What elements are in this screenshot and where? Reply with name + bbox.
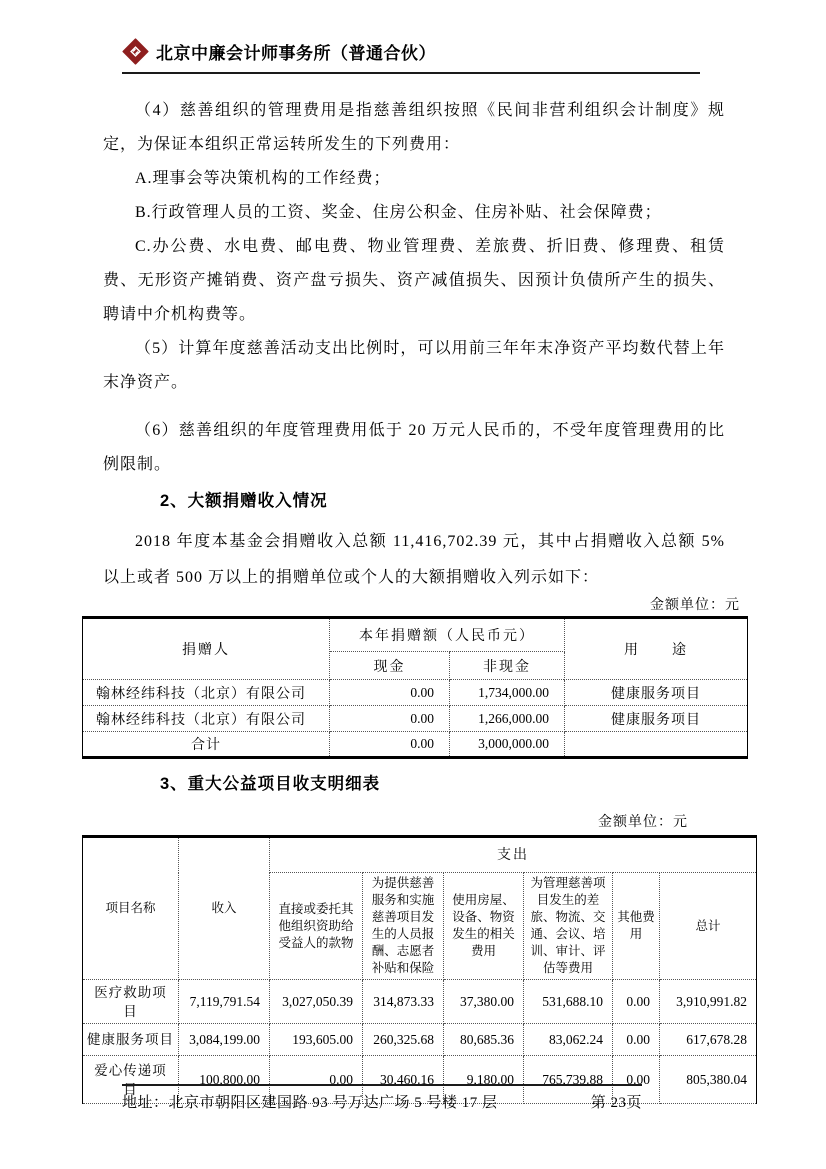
- paragraph-item-5: （5）计算年度慈善活动支出比例时，可以用前三年年末净资产平均数代替上年末净资产。: [103, 332, 725, 400]
- section-2-intro: 2018 年度本基金会捐赠收入总额 11,416,702.39 元，其中占捐赠收…: [103, 524, 725, 596]
- col-header-purpose: 用 途: [565, 618, 748, 680]
- cell-total: 805,380.04: [660, 1056, 757, 1104]
- table-row: 医疗救助项目 7,119,791.54 3,027,050.39 314,873…: [83, 980, 757, 1024]
- section-3-table-area: 金额单位：元 项目名称 收入 支出 直接或委托其他组织资助给受益人的款物 为提供…: [82, 813, 756, 1104]
- paragraph-item-4: （4）慈善组织的管理费用是指慈善组织按照《民间非营利组织会计制度》规定，为保证本…: [103, 94, 725, 162]
- col-header-noncash: 非现金: [450, 652, 565, 680]
- cell-cash: 0.00: [330, 680, 450, 706]
- cell-noncash: 1,266,000.00: [450, 706, 565, 732]
- section-2-heading: 2、大额捐赠收入情况: [103, 484, 725, 518]
- table-header-row: 捐赠人 本年捐赠额（人民币元） 用 途: [83, 618, 748, 652]
- document-page: 北京中廉会计师事务所（普通合伙） （4）慈善组织的管理费用是指慈善组织按照《民间…: [0, 0, 826, 1169]
- cell-property: 37,380.00: [444, 980, 524, 1024]
- section-3-heading: 3、重大公益项目收支明细表: [103, 767, 725, 801]
- col-header-total: 总计: [660, 873, 757, 980]
- cell-project: 医疗救助项目: [83, 980, 179, 1024]
- cell-admin: 531,688.10: [524, 980, 613, 1024]
- col-header-cash: 现金: [330, 652, 450, 680]
- paragraph-item-6: （6）慈善组织的年度管理费用低于 20 万元人民币的，不受年度管理费用的比例限制…: [103, 414, 725, 482]
- cell-purpose: 健康服务项目: [565, 706, 748, 732]
- section-2-table-area: 金额单位：元 捐赠人 本年捐赠额（人民币元） 用 途 现金 非现金 翰林经纬科技…: [82, 596, 756, 759]
- unit-label-table-1: 金额单位：元: [82, 596, 756, 616]
- col-header-income: 收入: [179, 837, 270, 980]
- paragraph-item-c: C.办公费、水电费、邮电费、物业管理费、差旅费、折旧费、修理费、租赁费、无形资产…: [103, 230, 725, 332]
- project-name: 医疗救助项目: [94, 983, 167, 1021]
- col-header-direct-aid: 直接或委托其他组织资助给受益人的款物: [270, 873, 363, 980]
- cell-purpose: 健康服务项目: [565, 680, 748, 706]
- table-header-row: 项目名称 收入 支出: [83, 837, 757, 873]
- cell-total: 617,678.28: [660, 1024, 757, 1056]
- paragraph-item-b: B.行政管理人员的工资、奖金、住房公积金、住房补贴、社会保障费；: [103, 196, 725, 230]
- cell-other: 0.00: [613, 980, 660, 1024]
- table-row: 健康服务项目 3,084,199.00 193,605.00 260,325.6…: [83, 1024, 757, 1056]
- cell-direct-aid: 193,605.00: [270, 1024, 363, 1056]
- cell-purpose: [565, 732, 748, 758]
- cell-donor: 翰林经纬科技（北京）有限公司: [83, 680, 330, 706]
- project-income-expense-table: 项目名称 收入 支出 直接或委托其他组织资助给受益人的款物 为提供慈善服务和实施…: [82, 835, 757, 1104]
- page-number: 第 23页: [591, 1091, 642, 1112]
- firm-name: 北京中廉会计师事务所（普通合伙）: [156, 39, 436, 64]
- table-row: 翰林经纬科技（北京）有限公司 0.00 1,734,000.00 健康服务项目: [83, 680, 748, 706]
- unit-label-table-2: 金额单位：元: [82, 813, 756, 833]
- cell-total: 3,910,991.82: [660, 980, 757, 1024]
- cell-noncash: 1,734,000.00: [450, 680, 565, 706]
- footer-address: 地址：北京市朝阳区建国路 93 号万达广场 5 号楼 17 层: [122, 1091, 498, 1112]
- cell-personnel: 260,325.68: [363, 1024, 444, 1056]
- cell-admin: 83,062.24: [524, 1024, 613, 1056]
- paragraph-item-a: A.理事会等决策机构的工作经费；: [103, 162, 725, 196]
- document-body: （4）慈善组织的管理费用是指慈善组织按照《民间非营利组织会计制度》规定，为保证本…: [103, 94, 725, 1104]
- cell-cash: 0.00: [330, 706, 450, 732]
- donation-income-table: 捐赠人 本年捐赠额（人民币元） 用 途 现金 非现金 翰林经纬科技（北京）有限公…: [82, 616, 748, 759]
- cell-donor-total: 合计: [83, 732, 330, 758]
- col-header-amount-group: 本年捐赠额（人民币元）: [330, 618, 565, 652]
- cell-project: 健康服务项目: [83, 1024, 179, 1056]
- table-row: 翰林经纬科技（北京）有限公司 0.00 1,266,000.00 健康服务项目: [83, 706, 748, 732]
- table-total-row: 合计 0.00 3,000,000.00: [83, 732, 748, 758]
- cell-other: 0.00: [613, 1024, 660, 1056]
- cell-personnel: 314,873.33: [363, 980, 444, 1024]
- cell-income: 3,084,199.00: [179, 1024, 270, 1056]
- col-header-donor: 捐赠人: [83, 618, 330, 680]
- page-header: 北京中廉会计师事务所（普通合伙）: [122, 38, 700, 74]
- cell-property: 80,685.36: [444, 1024, 524, 1056]
- firm-logo-icon: [122, 38, 149, 65]
- cell-income: 7,119,791.54: [179, 980, 270, 1024]
- cell-noncash: 3,000,000.00: [450, 732, 565, 758]
- col-header-project: 项目名称: [83, 837, 179, 980]
- cell-direct-aid: 3,027,050.39: [270, 980, 363, 1024]
- col-header-expense-group: 支出: [270, 837, 757, 873]
- cell-cash: 0.00: [330, 732, 450, 758]
- page-footer: 地址：北京市朝阳区建国路 93 号万达广场 5 号楼 17 层 第 23页: [122, 1084, 642, 1112]
- col-header-property: 使用房屋、设备、物资发生的相关费用: [444, 873, 524, 980]
- cell-donor: 翰林经纬科技（北京）有限公司: [83, 706, 330, 732]
- col-header-other: 其他费用: [613, 873, 660, 980]
- col-header-personnel: 为提供慈善服务和实施慈善项目发生的人员报酬、志愿者补贴和保险: [363, 873, 444, 980]
- col-header-admin: 为管理慈善项目发生的差旅、物流、交通、会议、培训、审计、评估等费用: [524, 873, 613, 980]
